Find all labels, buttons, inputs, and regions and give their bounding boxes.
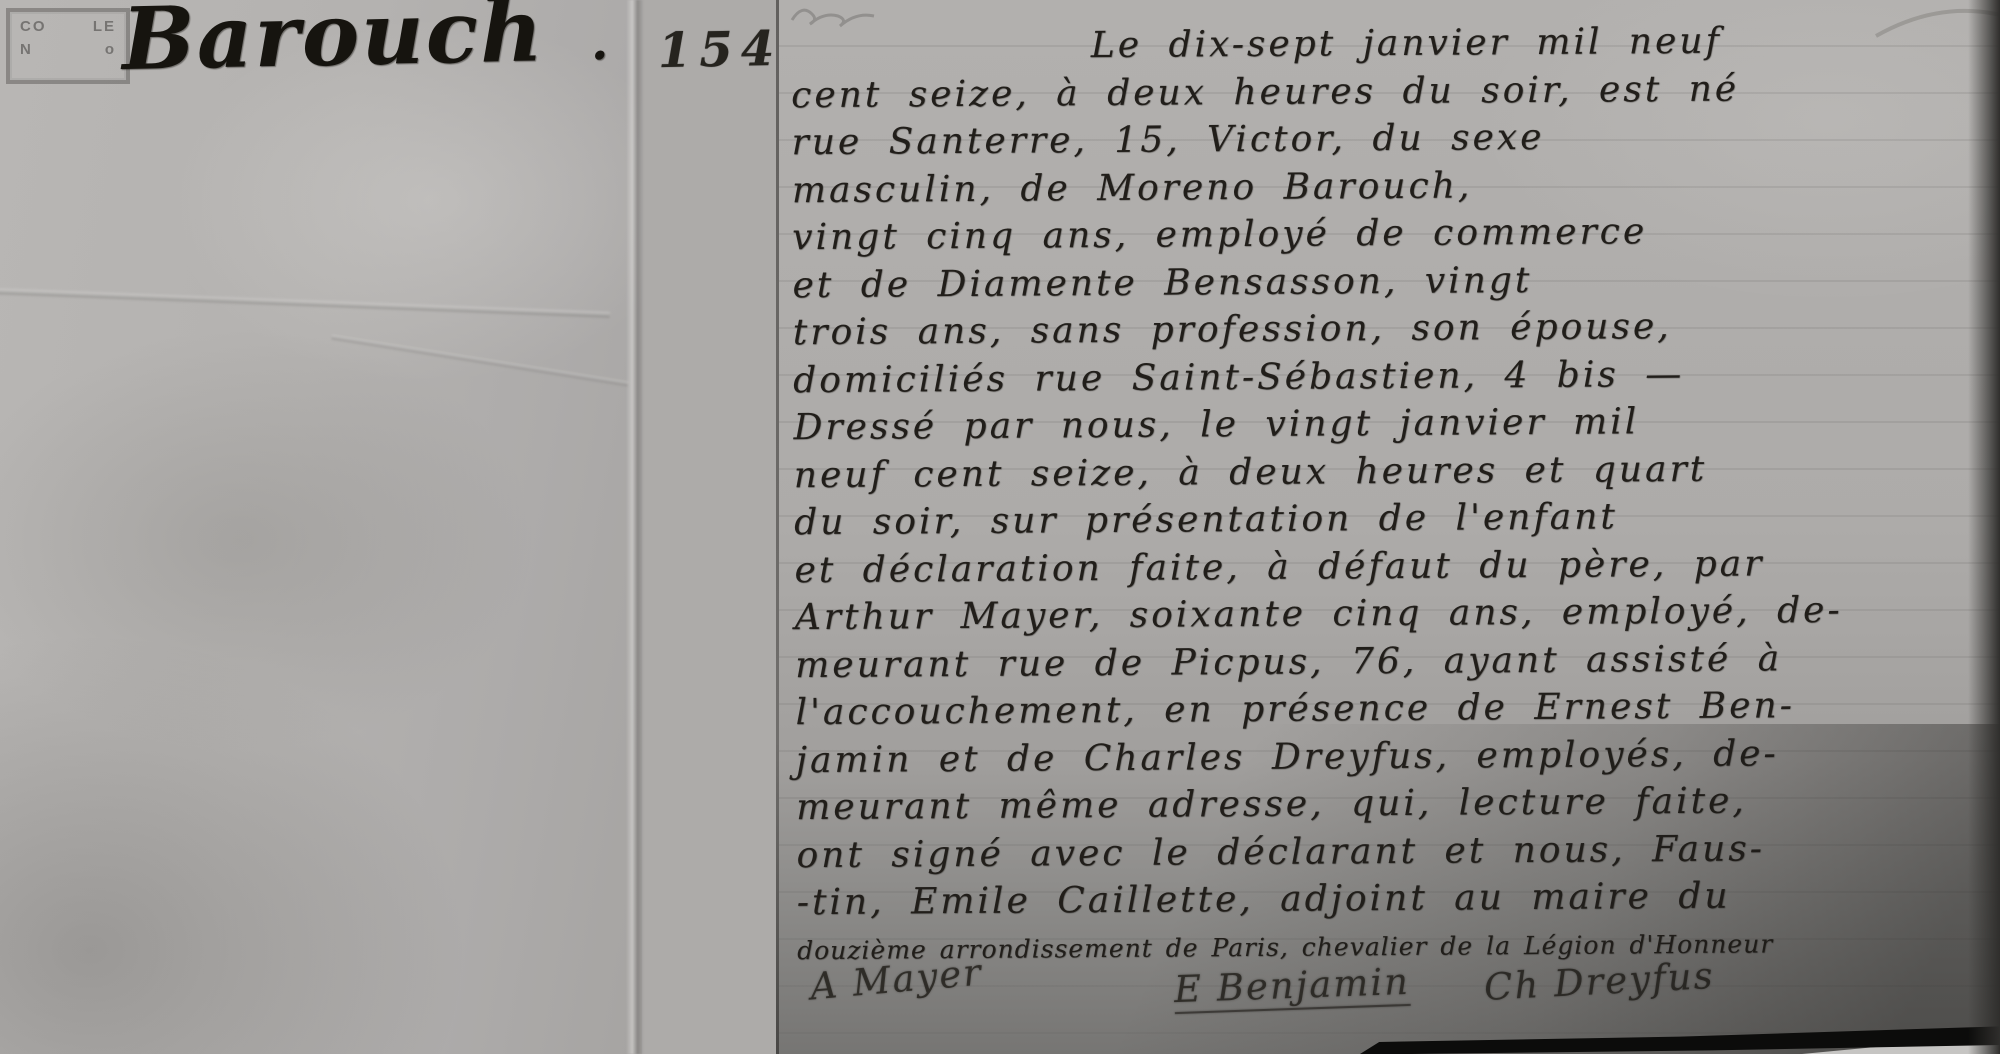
stamp-text: N bbox=[20, 41, 33, 58]
act-line: et de Diamente Bensasson, vingt bbox=[792, 253, 1992, 309]
act-number: 154 bbox=[658, 21, 783, 79]
surname-text: Barouch bbox=[121, 0, 546, 90]
act-line: meurant rue de Picpus, 76, ayant assisté… bbox=[795, 633, 1995, 689]
act-line: vingt cinq ans, employé de commerce bbox=[792, 206, 1992, 262]
act-line: cent seize, à deux heures du soir, est n… bbox=[791, 63, 1991, 119]
stamp-text: LE bbox=[93, 18, 116, 35]
left-margin-page bbox=[0, 0, 642, 1054]
page-fold-crease bbox=[626, 0, 644, 1054]
page-bottom-shadow bbox=[779, 724, 2000, 1054]
surname-period: . bbox=[590, 12, 611, 71]
act-line: Arthur Mayer, soixante cinq ans, employé… bbox=[795, 586, 1995, 642]
act-line: et déclaration faite, à défaut du père, … bbox=[794, 538, 1994, 594]
page-edge-shadow bbox=[1968, 0, 2000, 1054]
margin-surname: Barouch. bbox=[121, 0, 611, 90]
stamp-text: CO bbox=[20, 18, 47, 35]
act-line: masculin, de Moreno Barouch, bbox=[792, 158, 1992, 214]
archive-stamp: CO LE N o bbox=[6, 8, 130, 84]
act-line: Le dix-sept janvier mil neuf bbox=[791, 16, 1991, 72]
act-line: rue Santerre, 15, Victor, du sexe bbox=[791, 111, 1991, 167]
scanned-register-page: CO LE N o Barouch. 154 Le dix-sept janvi… bbox=[0, 0, 2000, 1054]
act-line: domiciliés rue Saint-Sébastien, 4 bis — bbox=[793, 348, 1993, 404]
stamp-text: o bbox=[105, 41, 116, 58]
act-line: Dressé par nous, le vingt janvier mil bbox=[793, 396, 1993, 452]
act-line: neuf cent seize, à deux heures et quart bbox=[794, 443, 1994, 499]
act-line: trois ans, sans profession, son épouse, bbox=[793, 301, 1993, 357]
act-line: du soir, sur présentation de l'enfant bbox=[794, 491, 1994, 547]
